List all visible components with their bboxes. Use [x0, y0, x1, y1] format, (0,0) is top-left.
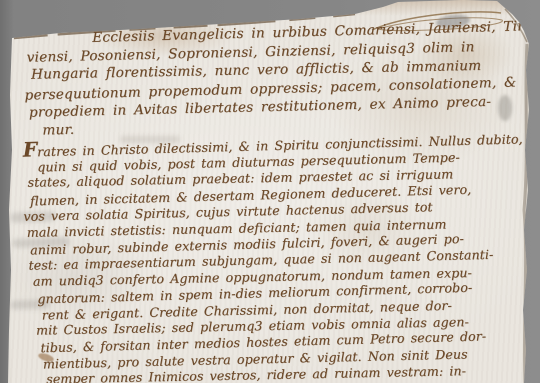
- scan-background: Ecclesiis Evangelicis in urbibus Comarie…: [0, 0, 540, 383]
- manuscript-text: Ecclesiis Evangelicis in urbibus Comarie…: [16, 18, 536, 383]
- salutation-paragraph: Ecclesiis Evangelicis in urbibus Comarie…: [16, 18, 530, 142]
- body-paragraph: Fratres in Christo dilectissimi, & in Sp…: [19, 128, 537, 383]
- manuscript-page: Ecclesiis Evangelicis in urbibus Comarie…: [0, 0, 540, 383]
